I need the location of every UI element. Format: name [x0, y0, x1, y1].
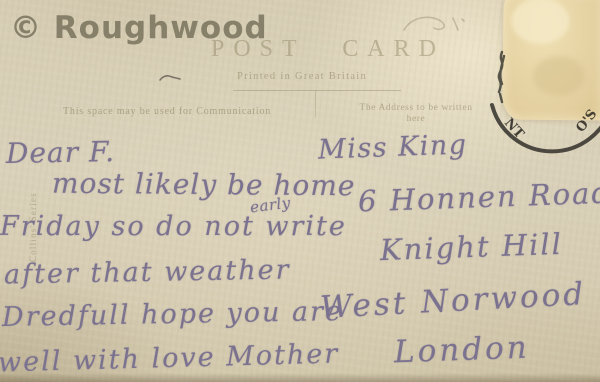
address-recipient: Miss King	[318, 129, 469, 165]
communication-instruction: This space may be used for Communication	[63, 106, 271, 117]
message-salutation: Dear F.	[6, 135, 116, 170]
postcard-back: © Roughwood POST CARD Printed in Great B…	[0, 0, 600, 382]
message-line-6: well with love Mother	[0, 339, 340, 379]
address-locality: Knight Hill	[379, 227, 563, 267]
address-instruction: The Address to be written here	[340, 103, 492, 125]
stamp-remnant-highlight	[511, 0, 569, 44]
address-instruction-line1: The Address to be written	[340, 103, 492, 114]
stamp-remnant-shade	[533, 56, 585, 97]
address-city: London	[393, 330, 530, 371]
postcard-title: POST CARD	[211, 36, 445, 63]
horizontal-rule	[233, 90, 401, 91]
address-street: 6 Honnen Road	[357, 176, 600, 219]
message-line-4: after that weather	[4, 255, 291, 291]
message-line-2: most likely be home	[52, 167, 356, 203]
address-district: West Norwood	[319, 276, 587, 326]
center-divider-segment	[315, 91, 316, 118]
message-line-5: Dredfull hope you are	[2, 296, 344, 333]
address-instruction-line2: here	[340, 114, 492, 125]
stamp-remnant	[502, 0, 600, 121]
postcard-subtitle: Printed in Great Britain	[237, 71, 367, 82]
pen-dash-mark	[158, 72, 184, 84]
message-line-3: Friday so do not write	[0, 211, 347, 242]
